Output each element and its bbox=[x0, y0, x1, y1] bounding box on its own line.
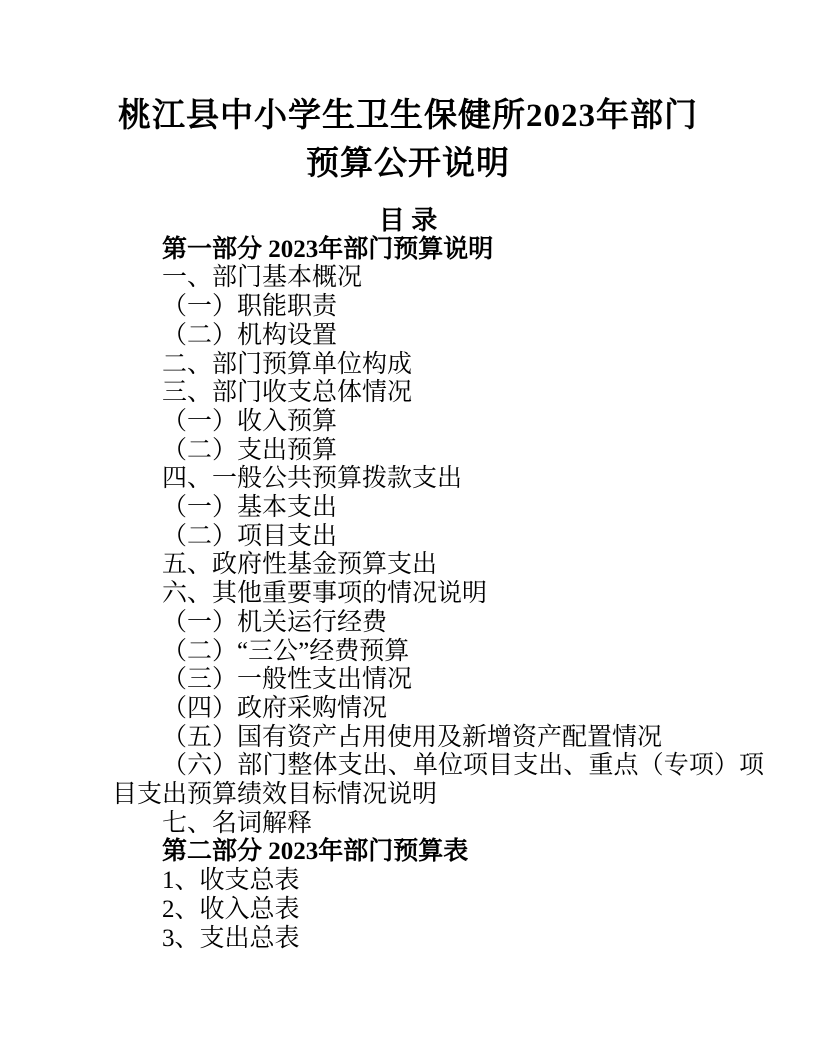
toc-item: 一、部门基本概况 bbox=[112, 264, 764, 293]
toc-item: 二、部门预算单位构成 bbox=[112, 351, 764, 380]
toc-item: （二）支出预算 bbox=[112, 437, 764, 466]
toc-item: 七、名词解释 bbox=[112, 810, 764, 839]
part2-heading: 第二部分 2023年部门预算表 bbox=[112, 838, 764, 867]
toc-item: （三）一般性支出情况 bbox=[112, 666, 764, 695]
toc-item: 六、其他重要事项的情况说明 bbox=[112, 580, 764, 609]
document-page: 桃江县中小学生卫生保健所2023年部门 预算公开说明 目 录 第一部分 2023… bbox=[0, 0, 816, 1056]
toc-item: （四）政府采购情况 bbox=[112, 695, 764, 724]
toc-item: 1、收支总表 bbox=[112, 867, 764, 896]
toc-item: 三、部门收支总体情况 bbox=[112, 379, 764, 408]
toc-item: （六）部门整体支出、单位项目支出、重点（专项）项目支出预算绩效目标情况说明 bbox=[112, 752, 764, 809]
toc-item: 2、收入总表 bbox=[112, 896, 764, 925]
toc-item: （一）机关运行经费 bbox=[112, 609, 764, 638]
toc-item: 四、一般公共预算拨款支出 bbox=[112, 465, 764, 494]
toc-heading: 目 录 bbox=[52, 207, 764, 236]
table-of-contents: 目 录 第一部分 2023年部门预算说明 一、部门基本概况 （一）职能职责 （二… bbox=[0, 207, 816, 953]
title-line-1: 桃江县中小学生卫生保健所2023年部门 bbox=[60, 92, 756, 140]
part1-heading: 第一部分 2023年部门预算说明 bbox=[112, 236, 764, 265]
document-title: 桃江县中小学生卫生保健所2023年部门 预算公开说明 bbox=[0, 92, 816, 188]
toc-item: （一）职能职责 bbox=[112, 293, 764, 322]
title-line-2: 预算公开说明 bbox=[60, 140, 756, 188]
toc-item: （二）项目支出 bbox=[112, 523, 764, 552]
toc-item: （一）收入预算 bbox=[112, 408, 764, 437]
toc-item: （一）基本支出 bbox=[112, 494, 764, 523]
toc-item: （二）“三公”经费预算 bbox=[112, 638, 764, 667]
toc-item: 五、政府性基金预算支出 bbox=[112, 551, 764, 580]
toc-item: 3、支出总表 bbox=[112, 925, 764, 954]
toc-item: （五）国有资产占用使用及新增资产配置情况 bbox=[112, 724, 764, 753]
toc-item: （二）机构设置 bbox=[112, 322, 764, 351]
